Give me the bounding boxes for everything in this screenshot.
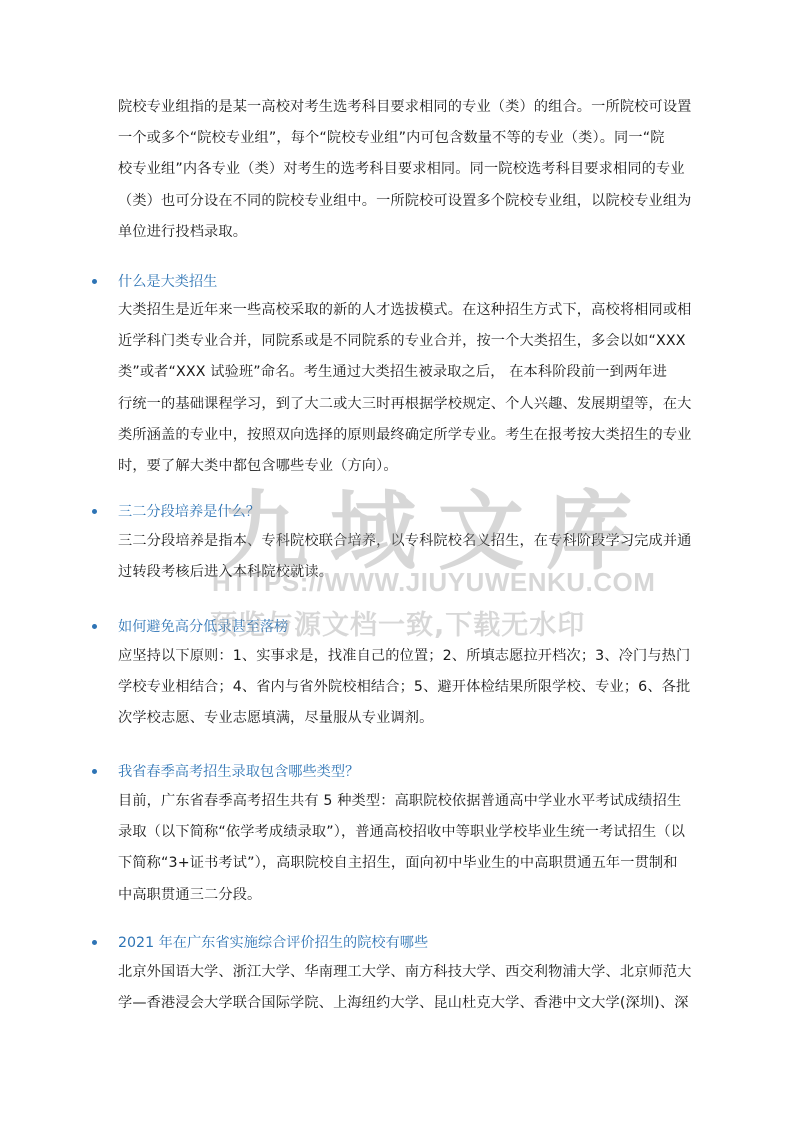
section-heading-text: 三二分段培养是什么？	[118, 500, 260, 524]
section-heading-text: 如何避免高分低录甚至落榜	[118, 615, 288, 639]
text-line: 类”或者“XXX 试验班”命名。考生通过大类招生被录取之后， 在本科阶段前一到两…	[118, 357, 680, 388]
text-line: 时，要了解大类中都包含哪些专业（方向）。	[118, 451, 680, 482]
text-line: （类）也可分设在不同的院校专业组中。一所院校可设置多个院校专业组，以院校专业组为	[118, 186, 680, 217]
text-line: 过转段考核后进入本科院校就读。	[118, 557, 680, 588]
text-line: 下简称“3+证书考试”），高职院校自主招生，面向初中毕业生的中高职贯通五年一贯制…	[118, 848, 680, 879]
text-line: 单位进行投档录取。	[118, 217, 680, 248]
bullet-icon	[92, 279, 97, 284]
section-heading-text: 什么是大类招生	[118, 270, 217, 294]
text-line: 北京外国语大学、浙江大学、华南理工大学、南方科技大学、西交利物浦大学、北京师范大	[118, 957, 680, 988]
text-line: 学—香港浸会大学联合国际学院、上海纽约大学、昆山杜克大学、香港中文大学(深圳)、…	[118, 988, 680, 1019]
bullet-icon	[92, 624, 97, 629]
bullet-icon	[92, 769, 97, 774]
section-body-avoid-low-admission: 应坚持以下原则：1、实事求是，找准自己的位置；2、所填志愿拉开档次；3、冷门与热…	[118, 641, 680, 735]
section-heading-text: 2021 年在广东省实施综合评价招生的院校有哪些	[118, 931, 428, 955]
text-line: 中高职贯通三二分段。	[118, 880, 680, 911]
section-body-spring-exam-types: 目前，广东省春季高考招生共有 5 种类型：高职院校依据普通高中学业水平考试成绩招…	[118, 786, 680, 911]
text-line: 次学校志愿、专业志愿填满，尽量服从专业调剂。	[118, 703, 680, 734]
text-line: 三二分段培养是指本、专科院校联合培养，以专科院校名义招生，在专科阶段学习完成并通	[118, 526, 680, 557]
bullet-icon	[92, 940, 97, 945]
text-line: 一个或多个“院校专业组”，每个“院校专业组”内可包含数量不等的专业（类）。同一“…	[118, 123, 680, 154]
section-body-major-category: 大类招生是近年来一些高校采取的新的人才选拔模式。在这种招生方式下，高校将相同或相…	[118, 295, 680, 482]
bullet-icon	[92, 509, 97, 514]
text-line: 行统一的基础课程学习，到了大二或大三时再根据学校规定、个人兴趣、发展期望等，在大	[118, 389, 680, 420]
section-body-comprehensive-evaluation: 北京外国语大学、浙江大学、华南理工大学、南方科技大学、西交利物浦大学、北京师范大…	[118, 957, 680, 1019]
text-line: 应坚持以下原则：1、实事求是，找准自己的位置；2、所填志愿拉开档次；3、冷门与热…	[118, 641, 680, 672]
intro-paragraph: 院校专业组指的是某一高校对考生选考科目要求相同的专业（类）的组合。一所院校可设置…	[118, 92, 680, 248]
text-line: 校专业组”内各专业（类）对考生的选考科目要求相同。同一院校选考科目要求相同的专业	[118, 154, 680, 185]
text-line: 录取（以下简称“依学考成绩录取”），普通高校招收中等职业学校毕业生统一考试招生（…	[118, 817, 680, 848]
text-line: 学校专业相结合；4、省内与省外院校相结合；5、避开体检结果所限学校、专业；6、各…	[118, 672, 680, 703]
text-line: 大类招生是近年来一些高校采取的新的人才选拔模式。在这种招生方式下，高校将相同或相	[118, 295, 680, 326]
text-line: 类所涵盖的专业中，按照双向选择的原则最终确定所学专业。考生在报考按大类招生的专业	[118, 420, 680, 451]
section-body-three-two: 三二分段培养是指本、专科院校联合培养，以专科院校名义招生，在专科阶段学习完成并通…	[118, 526, 680, 588]
section-heading-text: 我省春季高考招生录取包含哪些类型？	[118, 760, 359, 784]
text-line: 目前，广东省春季高考招生共有 5 种类型：高职院校依据普通高中学业水平考试成绩招…	[118, 786, 680, 817]
text-line: 院校专业组指的是某一高校对考生选考科目要求相同的专业（类）的组合。一所院校可设置	[118, 92, 680, 123]
document-page: 院校专业组指的是某一高校对考生选考科目要求相同的专业（类）的组合。一所院校可设置…	[0, 0, 793, 1122]
text-line: 近学科门类专业合并，同院系或是不同院系的专业合并，按一个大类招生，多会以如“XX…	[118, 326, 680, 357]
